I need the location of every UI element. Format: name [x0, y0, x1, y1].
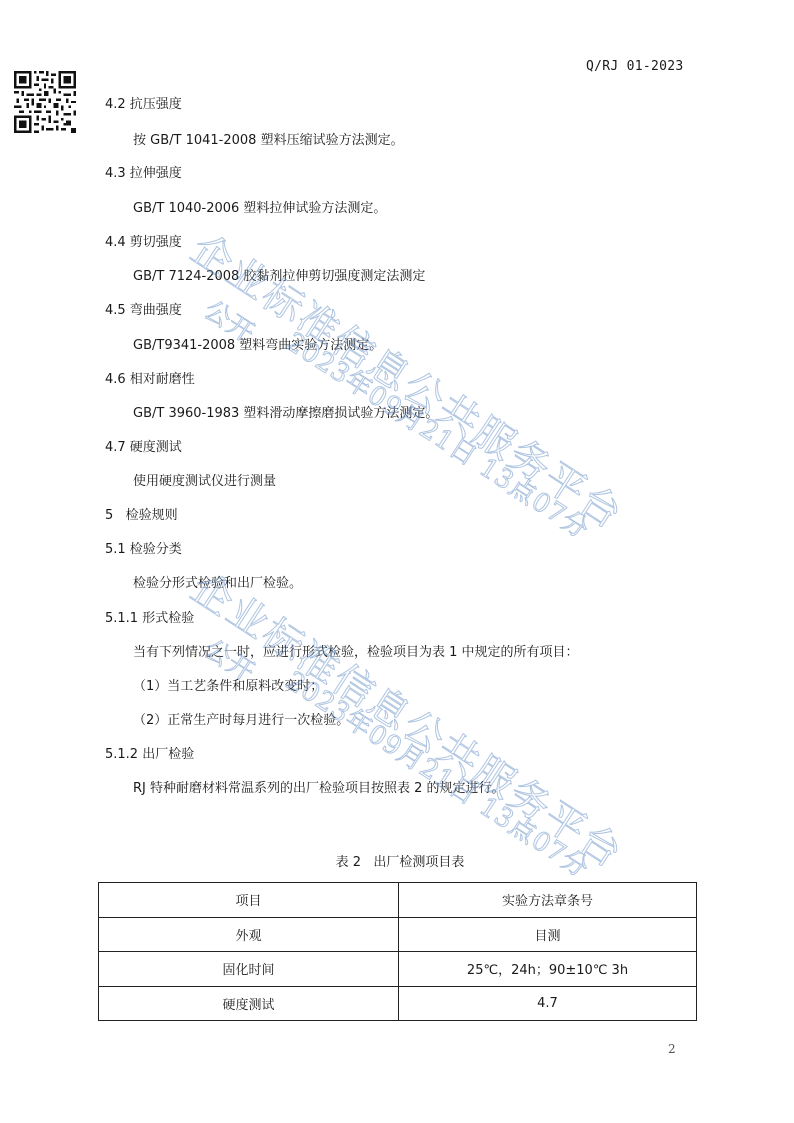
- section-heading-5-1: 5.1 检验分类: [105, 542, 182, 558]
- table-cell: 25℃，24h；90±10℃ 3h: [399, 952, 697, 987]
- table-row: 外观 目测: [99, 917, 697, 952]
- section-body-4-2: 按 GB/T 1041-2008 塑料压缩试验方法测定。: [133, 133, 404, 149]
- section-body-4-6: GB/T 3960-1983 塑料滑动摩擦磨损试验方法测定。: [133, 406, 438, 422]
- section-body-4-4: GB/T 7124-2008 胶黏剂拉伸剪切强度测定法测定: [133, 269, 425, 285]
- table-header-row: 项目 实验方法章条号: [99, 883, 697, 918]
- table-cell: 目测: [399, 917, 697, 952]
- table-header-cell: 项目: [99, 883, 399, 918]
- section-body-5-1-1: 当有下列情况之一时，应进行形式检验，检验项目为表 1 中规定的所有项目：: [133, 645, 579, 661]
- table-cell: 4.7: [399, 986, 697, 1021]
- list-item-2: （2）正常生产时每月进行一次检验。: [133, 713, 349, 729]
- table-cell: 固化时间: [99, 952, 399, 987]
- section-heading-4-5: 4.5 弯曲强度: [105, 303, 182, 319]
- section-heading-5-1-1: 5.1.1 形式检验: [105, 611, 194, 627]
- document-code: Q/RJ 01-2023: [586, 59, 684, 74]
- section-heading-4-7: 4.7 硬度测试: [105, 440, 182, 456]
- document-page: Q/RJ 01-2023 4.2 抗压强度 按 GB/T 1041-: [0, 0, 794, 1123]
- inspection-items-table: 项目 实验方法章条号 外观 目测 固化时间 25℃，24h；90±10℃ 3h …: [98, 882, 697, 1021]
- section-body-5-1-2: RJ 特种耐磨材料常温系列的出厂检验项目按照表 2 的规定进行。: [133, 781, 505, 797]
- section-heading-4-2: 4.2 抗压强度: [105, 97, 182, 113]
- section-body-4-3: GB/T 1040-2006 塑料拉伸试验方法测定。: [133, 201, 386, 217]
- table-row: 固化时间 25℃，24h；90±10℃ 3h: [99, 952, 697, 987]
- section-heading-4-3: 4.3 拉伸强度: [105, 166, 182, 182]
- watermark-platform-name: 企业标准信息公共服务平台: [182, 218, 636, 540]
- section-body-4-5: GB/T9341-2008 塑料弯曲实验方法测定。: [133, 338, 382, 354]
- page-number: 2: [668, 1042, 676, 1056]
- table-cell: 硬度测试: [99, 986, 399, 1021]
- section-body-5-1: 检验分形式检验和出厂检验。: [133, 576, 302, 592]
- section-heading-5-1-2: 5.1.2 出厂检验: [105, 747, 194, 763]
- qr-code-icon: [14, 71, 76, 133]
- table-header-cell: 实验方法章条号: [399, 883, 697, 918]
- table-row: 硬度测试 4.7: [99, 986, 697, 1021]
- section-heading-5: 5 检验规则: [105, 508, 178, 524]
- watermark-timestamp: 2023年09月21日 13点07分: [280, 322, 598, 546]
- section-heading-4-4: 4.4 剪切强度: [105, 235, 182, 251]
- table-cell: 外观: [99, 917, 399, 952]
- list-item-1: （1）当工艺条件和原料改变时；: [133, 679, 323, 695]
- section-heading-4-6: 4.6 相对耐磨性: [105, 372, 195, 388]
- section-body-4-7: 使用硬度测试仪进行测量: [133, 474, 276, 490]
- table-caption: 表 2 出厂检测项目表: [0, 851, 794, 870]
